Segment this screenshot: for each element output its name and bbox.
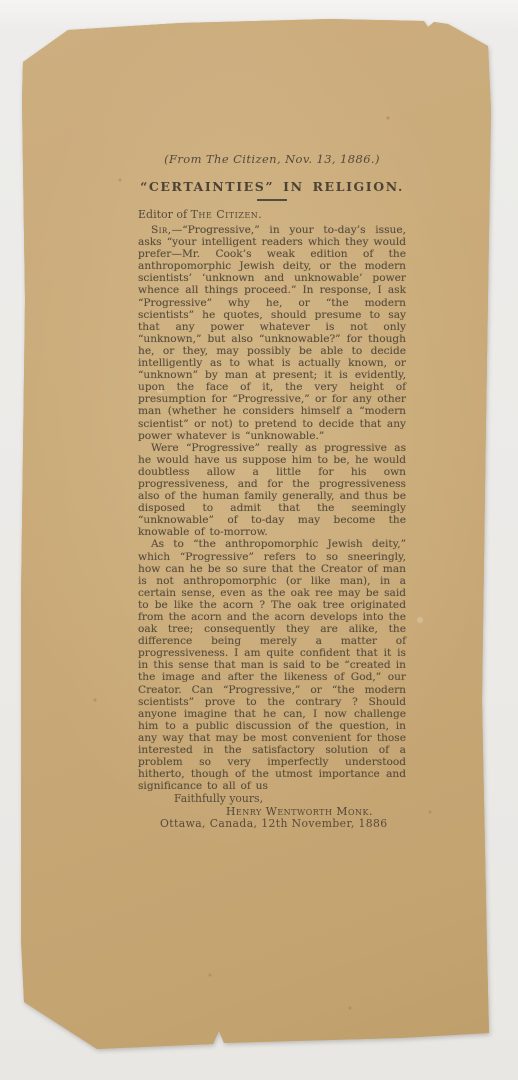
salutation-prefix: Editor of xyxy=(138,208,191,221)
salutation-citizen-name: The Citizen. xyxy=(191,208,263,221)
masthead-source-line: (From The Citizen, Nov. 13, 1886.) xyxy=(138,152,406,166)
paragraph-1-lead: Sir, xyxy=(151,224,172,236)
paragraph-3: As to “the anthropomorphic Jewish deity,… xyxy=(138,538,406,792)
salutation: Editor of The Citizen. xyxy=(138,208,406,221)
article-content: (From The Citizen, Nov. 13, 1886.) “CERT… xyxy=(138,152,406,831)
paragraph-2: Were “Progressive” really as progressive… xyxy=(138,442,406,539)
paragraph-2-text: Were “Progressive” really as progressive… xyxy=(138,442,406,539)
paper-shadow: (From The Citizen, Nov. 13, 1886.) “CERT… xyxy=(0,0,518,1080)
scan-background: (From The Citizen, Nov. 13, 1886.) “CERT… xyxy=(0,0,518,1080)
newspaper-clipping: (From The Citizen, Nov. 13, 1886.) “CERT… xyxy=(0,0,518,1080)
paragraph-1: Sir,—“Progressive,” in your to-day’s iss… xyxy=(138,224,406,442)
paragraph-3-text: As to “the anthropomorphic Jewish deity,… xyxy=(138,538,406,792)
article-title: “CERTAINTIES” IN RELIGION. xyxy=(138,179,406,194)
title-rule xyxy=(257,199,287,201)
paragraph-1-text: —“Progressive,” in your to-day’s issue, … xyxy=(138,224,406,442)
dateline: Ottawa, Canada, 12th November, 1886 xyxy=(160,818,406,831)
